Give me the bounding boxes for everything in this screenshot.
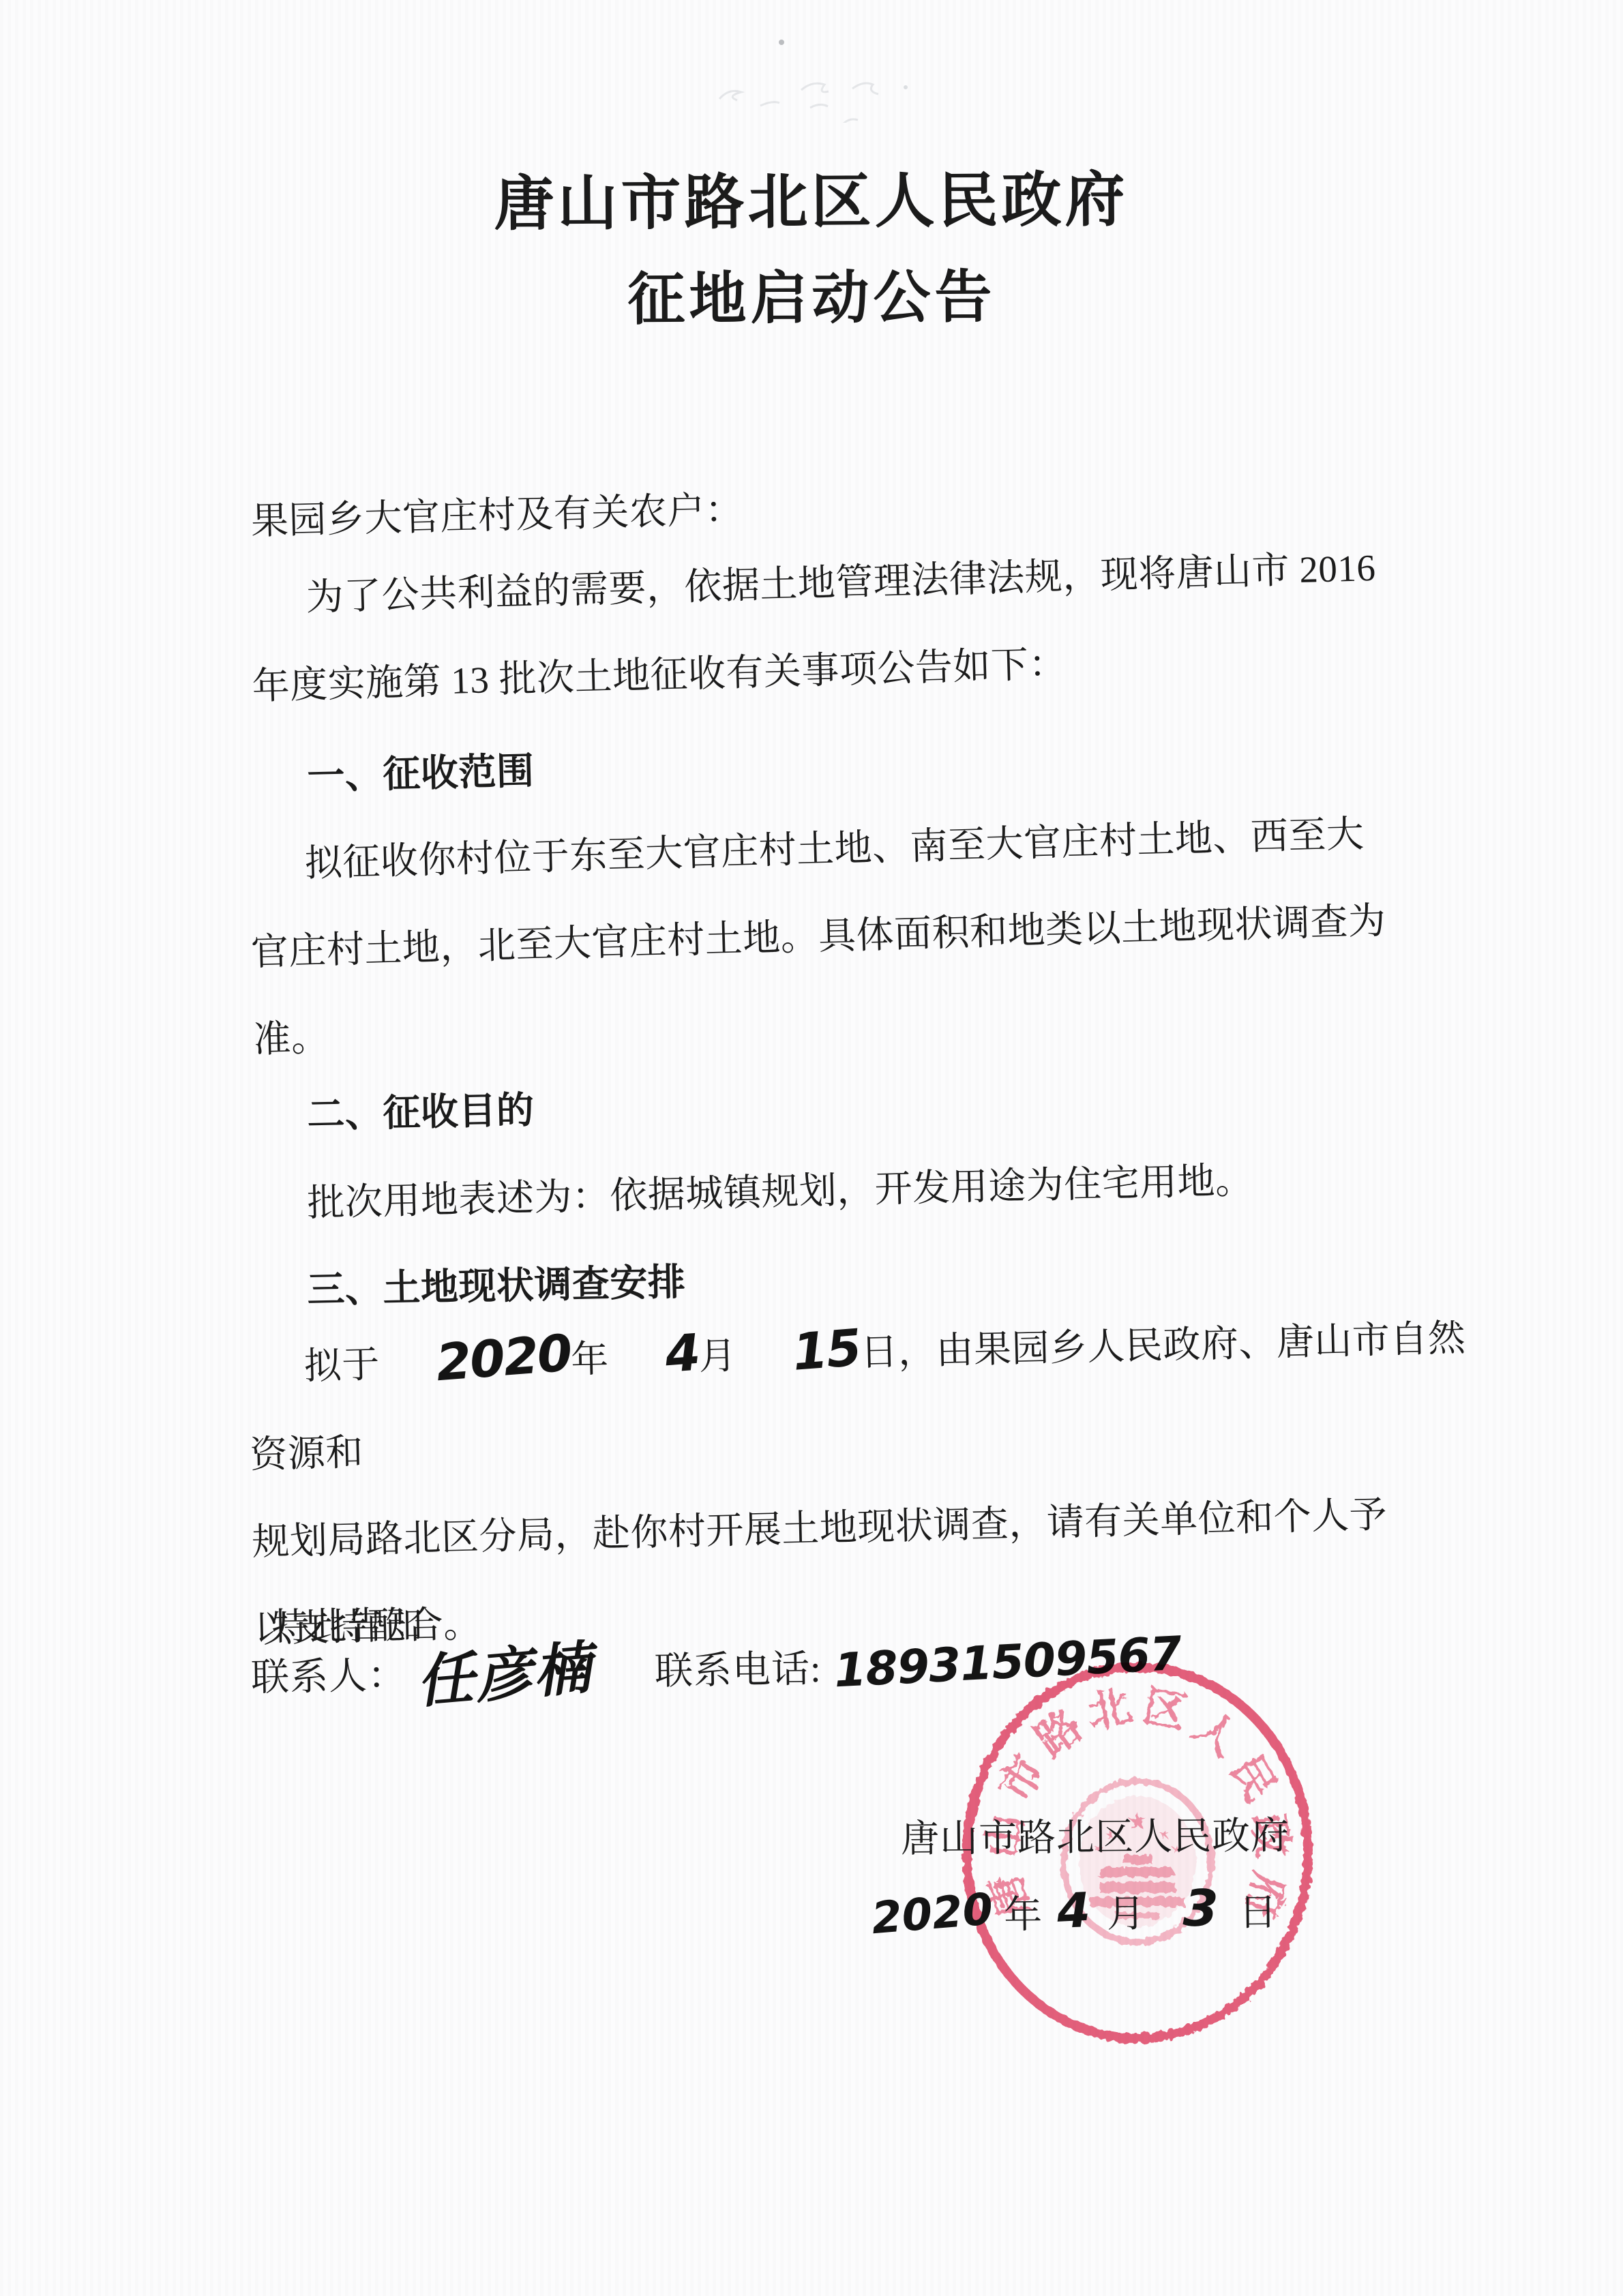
seal-char: 区 (1139, 1682, 1191, 1738)
title-announcement-line: 征地启动公告 (0, 262, 1623, 336)
handwritten-year: 2020 (376, 1309, 574, 1411)
month-unit: 月 (698, 1335, 737, 1377)
seal-char: 市 (990, 1748, 1054, 1810)
seal-char: 民 (1221, 1748, 1285, 1810)
seal-char: 人 (1184, 1701, 1248, 1766)
sign-day-unit: 日 (1238, 1882, 1277, 1937)
handwritten-sign-month: 4 (1056, 1882, 1091, 1939)
contact-phone-label: 联系电话: (654, 1638, 822, 1695)
paragraph-intro: 为了公共利益的需要，依据土地管理法律法规，现将唐山市 2016 年度实施第 13… (248, 521, 1493, 730)
handwritten-contact-name: 任彦楠 (413, 1622, 595, 1719)
handwritten-sign-year: 2020 (869, 1884, 994, 1944)
handwritten-sign-day: 3 (1182, 1879, 1219, 1938)
ink-speck (779, 40, 784, 45)
handwritten-day: 15 (733, 1304, 863, 1401)
emblem-gate-roof (1098, 1867, 1177, 1877)
sign-month-unit: 月 (1106, 1883, 1145, 1939)
contact-person-label: 联系人： (250, 1645, 406, 1702)
seal-char: 路 (1028, 1701, 1092, 1766)
sign-year-unit: 年 (1004, 1884, 1043, 1939)
title-issuer-line: 唐山市路北区人民政府 (0, 165, 1623, 242)
ink-speck (904, 85, 908, 89)
survey-text-prefix: 拟于 (303, 1343, 380, 1387)
handwritten-month: 4 (606, 1309, 702, 1403)
year-unit: 年 (570, 1338, 609, 1380)
scanned-document-page: { "page": {"width": 2380, "height": 3367… (0, 0, 1623, 2296)
signature-issuer: 唐山市路北区人民政府 (901, 1806, 1290, 1864)
pencil-smudge-mark (648, 20, 921, 123)
signature-date: 2020 年 4 月 3 日 (872, 1879, 1277, 1941)
seal-char: 北 (1083, 1682, 1135, 1738)
paragraph-scope: 拟征收你村位于东至大官庄村土地、南至大官庄村土地、西至大 官庄村土地，北至大官庄… (248, 787, 1495, 1084)
document-title-block: 唐山市路北区人民政府 征地启动公告 (0, 165, 1623, 337)
